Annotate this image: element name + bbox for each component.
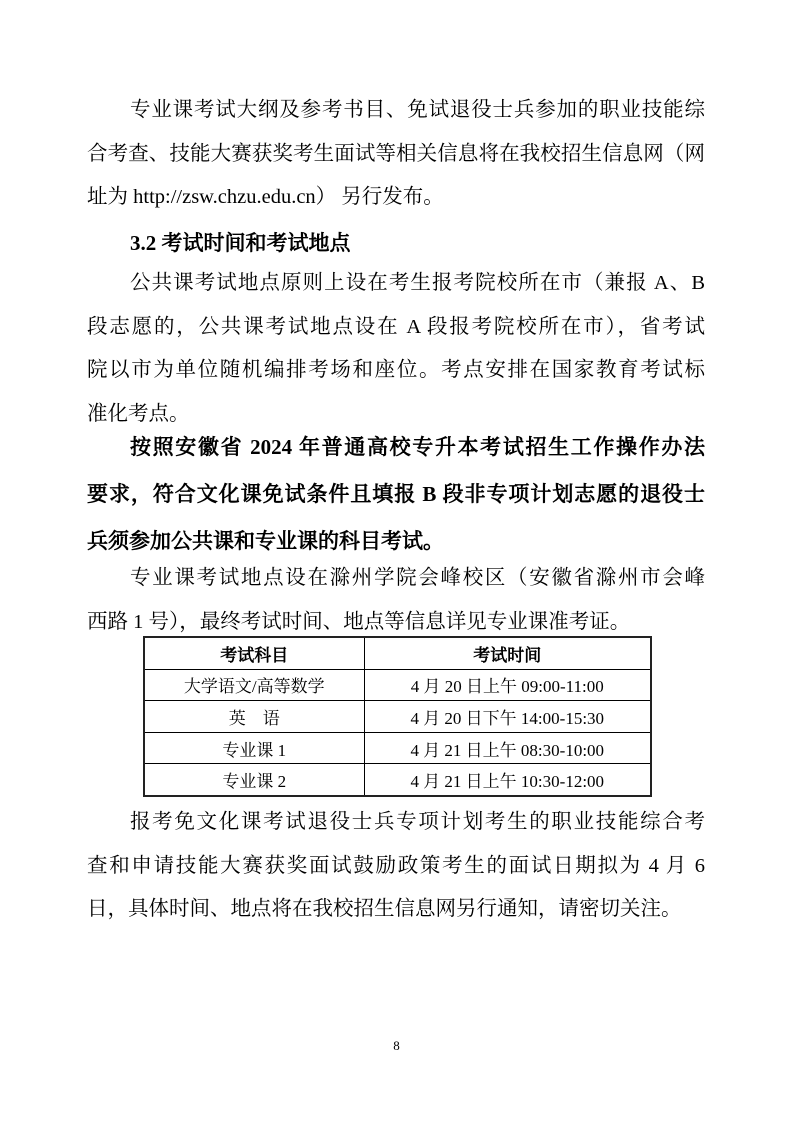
page-number: 8: [0, 1038, 793, 1054]
exam-schedule-table: 考试科目 考试时间 大学语文/高等数学 4 月 20 日上午 09:00-11:…: [143, 636, 652, 797]
table-cell-subject: 大学语文/高等数学: [144, 669, 364, 701]
table-row: 大学语文/高等数学 4 月 20 日上午 09:00-11:00: [144, 669, 651, 701]
table-cell-time: 4 月 21 日上午 10:30-12:00: [364, 764, 651, 796]
table-header-time: 考试时间: [364, 637, 651, 669]
paragraph-line: 按照安徽省 2024 年普通高校专升本考试招生工作操作办法: [87, 424, 705, 471]
paragraph-interview-notice: 报考免文化课考试退役士兵专项计划考生的职业技能综合考 查和申请技能大赛获奖面试鼓…: [87, 801, 705, 932]
table-cell-subject: 英 语: [144, 701, 364, 733]
paragraph-line: 院以市为单位随机编排考场和座位。考点安排在国家教育考试标: [87, 349, 705, 393]
paragraph-line: 合考查、技能大赛获奖考生面试等相关信息将在我校招生信息网（网: [87, 133, 705, 177]
paragraph-exam-outline: 专业课考试大纲及参考书目、免试退役士兵参加的职业技能综 合考查、技能大赛获奖考生…: [87, 89, 705, 220]
table-row: 专业课 2 4 月 21 日上午 10:30-12:00: [144, 764, 651, 796]
table-cell-time: 4 月 20 日上午 09:00-11:00: [364, 669, 651, 701]
paragraph-public-course-location: 公共课考试地点原则上设在考生报考院校所在市（兼报 A、B 段志愿的，公共课考试地…: [87, 262, 705, 436]
table-row: 专业课 1 4 月 21 日上午 08:30-10:00: [144, 732, 651, 764]
paragraph-bold-policy: 按照安徽省 2024 年普通高校专升本考试招生工作操作办法 要求，符合文化课免试…: [87, 424, 705, 565]
paragraph-line: 址为 http://zsw.chzu.edu.cn） 另行发布。: [87, 176, 705, 220]
table-cell-time: 4 月 21 日上午 08:30-10:00: [364, 732, 651, 764]
paragraph-line: 段志愿的，公共课考试地点设在 A 段报考院校所在市），省考试: [87, 306, 705, 350]
paragraph-line: 要求，符合文化课免试条件且填报 B 段非专项计划志愿的退役士: [87, 471, 705, 518]
paragraph-line: 专业课考试地点设在滁州学院会峰校区（安徽省滁州市会峰: [87, 557, 705, 601]
table-header-subject: 考试科目: [144, 637, 364, 669]
section-heading-3-2: 3.2 考试时间和考试地点: [87, 222, 705, 265]
paragraph-line: 公共课考试地点原则上设在考生报考院校所在市（兼报 A、B: [87, 262, 705, 306]
document-page: 专业课考试大纲及参考书目、免试退役士兵参加的职业技能综 合考查、技能大赛获奖考生…: [0, 0, 793, 1122]
paragraph-line: 日，具体时间、地点将在我校招生信息网另行通知，请密切关注。: [87, 888, 705, 932]
table-cell-subject: 专业课 2: [144, 764, 364, 796]
table-row: 英 语 4 月 20 日下午 14:00-15:30: [144, 701, 651, 733]
table-header-row: 考试科目 考试时间: [144, 637, 651, 669]
paragraph-pro-course-location: 专业课考试地点设在滁州学院会峰校区（安徽省滁州市会峰 西路 1 号），最终考试时…: [87, 557, 705, 644]
table-cell-time: 4 月 20 日下午 14:00-15:30: [364, 701, 651, 733]
table-cell-subject: 专业课 1: [144, 732, 364, 764]
paragraph-line: 专业课考试大纲及参考书目、免试退役士兵参加的职业技能综: [87, 89, 705, 133]
paragraph-line: 查和申请技能大赛获奖面试鼓励政策考生的面试日期拟为 4 月 6: [87, 845, 705, 889]
paragraph-line: 报考免文化课考试退役士兵专项计划考生的职业技能综合考: [87, 801, 705, 845]
